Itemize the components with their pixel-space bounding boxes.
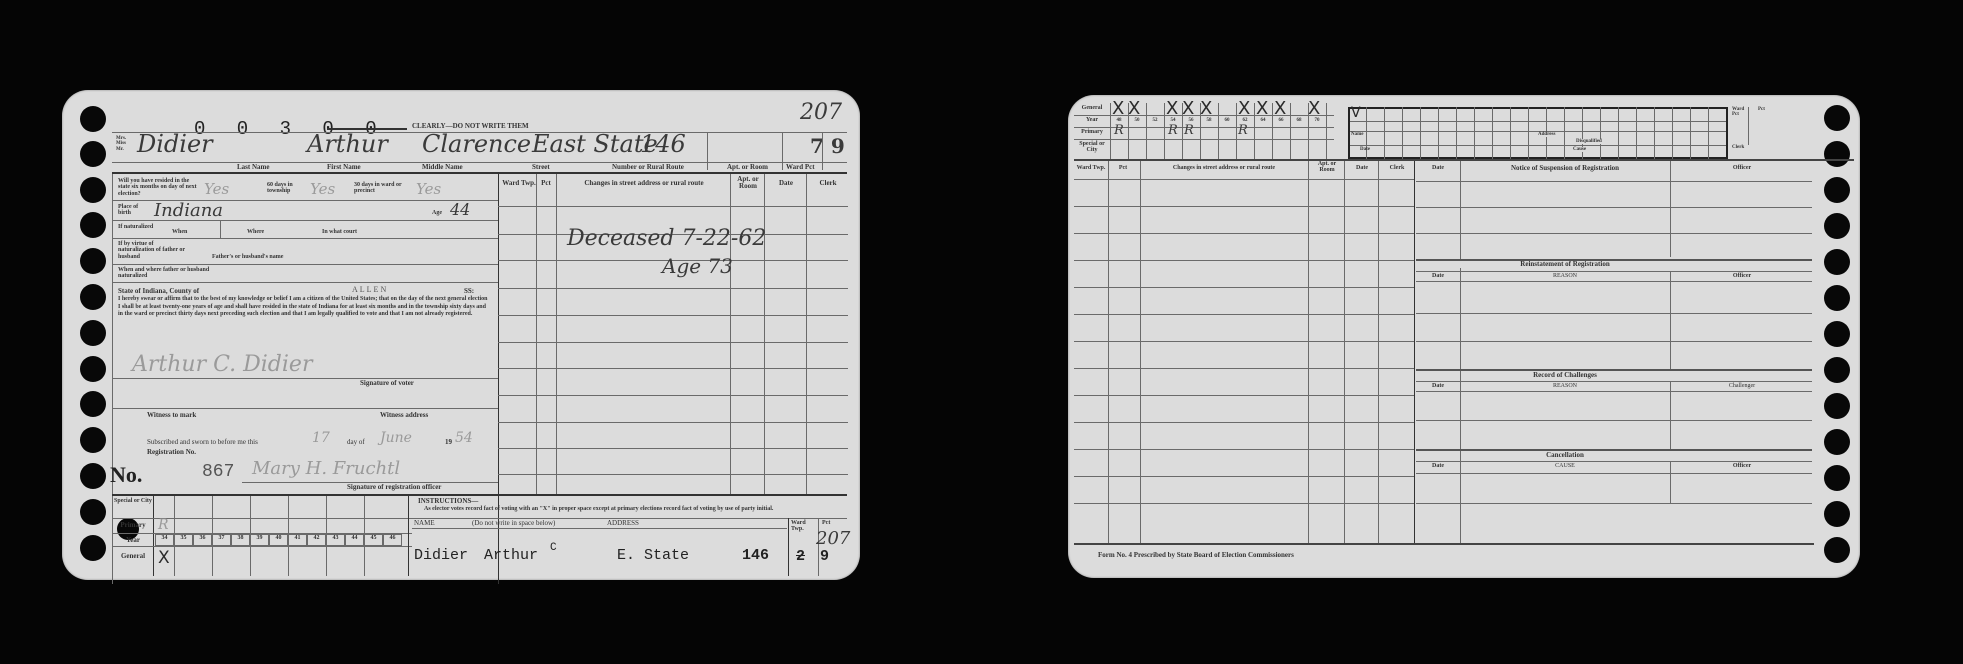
punch-hole — [80, 499, 106, 525]
row-label-primary: Primary — [114, 522, 152, 529]
boxed-general-mark: V — [1351, 105, 1361, 121]
officer-signature: Mary H. Fruchtl — [252, 458, 400, 479]
label-witness-mark: Witness to mark — [147, 412, 196, 419]
oath-ss: SS: — [464, 288, 474, 295]
year-cell: 46 — [383, 534, 402, 546]
a-township: Yes — [310, 180, 335, 198]
reinstatement-reason-label: REASON — [1460, 273, 1670, 279]
year-cell: 43 — [326, 534, 345, 546]
a-resided-state: Yes — [204, 180, 229, 198]
primary-mark-34: R — [158, 517, 169, 533]
a-ward: Yes — [416, 180, 441, 198]
label-place-of-birth: Place of birth — [118, 204, 148, 217]
back-row-general: General — [1074, 105, 1110, 111]
typed-pct: 9 — [820, 548, 829, 565]
punch-hole — [1824, 285, 1850, 311]
general-mark: X — [1256, 98, 1268, 119]
boxed-label-pct: Pct — [1758, 107, 1765, 112]
primary-mark: R — [1238, 123, 1248, 138]
label-pct-bottom: Pct — [822, 520, 830, 526]
typed-number: 146 — [742, 547, 769, 564]
back-row-year: Year — [1074, 117, 1110, 123]
street: East State — [532, 130, 658, 158]
instructions-title: INSTRUCTIONS— — [418, 498, 478, 505]
deceased-note: Deceased 7-22-62 — [567, 226, 766, 251]
label-ward-pct: Ward Pct — [786, 164, 815, 171]
row-label-year: Year — [114, 537, 152, 544]
label-registration-no: Registration No. — [147, 449, 196, 456]
year-cell: 39 — [250, 534, 269, 546]
registration-number: 867 — [202, 462, 234, 482]
label-if-naturalized: If naturalized — [118, 224, 158, 230]
label-last-name: Last Name — [237, 164, 269, 171]
general-mark: X — [1200, 98, 1212, 119]
punch-hole — [80, 106, 106, 132]
year-cell: 36 — [193, 534, 212, 546]
front-registration-card: 0 0 3 0 0 CLEARLY—DO NOT WRITE THEM 207 … — [62, 90, 860, 580]
label-when-where: When and where father or husband natural… — [118, 267, 218, 280]
punch-hole — [80, 535, 106, 561]
back-row-special: Special or City — [1074, 141, 1110, 154]
punch-hole — [80, 284, 106, 310]
cancellation-title: Cancellation — [1460, 452, 1670, 459]
general-mark: X — [1238, 98, 1250, 119]
primary-mark: R — [1184, 123, 1194, 138]
primary-mark: R — [1168, 123, 1178, 138]
general-mark: X — [1112, 98, 1124, 119]
punch-hole — [1824, 357, 1850, 383]
first-name: Arthur — [307, 130, 388, 158]
age-value: 44 — [450, 200, 470, 219]
general-mark: X — [1166, 98, 1178, 119]
punch-hole — [80, 248, 106, 274]
label-middle-name: Middle Name — [422, 164, 463, 171]
middle-name: Clarence — [422, 130, 531, 158]
punch-hole — [80, 320, 106, 346]
back-row-primary: Primary — [1074, 129, 1110, 135]
label-street: Street — [532, 164, 550, 171]
col-clerk: Clerk — [808, 180, 848, 187]
punch-hole — [1824, 177, 1850, 203]
back-year: 58 — [1200, 118, 1218, 123]
row-label-general: General — [114, 553, 152, 560]
cancellation-date-label: Date — [1418, 463, 1458, 469]
sworn-day: 17 — [312, 430, 330, 446]
sworn-year: 54 — [455, 430, 473, 446]
year-cell: 42 — [307, 534, 326, 546]
reinstatement-date-label: Date — [1418, 273, 1458, 279]
year-cell: 44 — [345, 534, 364, 546]
q-resided-state: Will you have resided in the state six m… — [118, 178, 200, 197]
boxed-label-ward: Ward Pct — [1732, 107, 1746, 118]
challenges-challenger-label: Challenger — [1672, 383, 1812, 389]
punch-hole — [1824, 213, 1850, 239]
label-officer-signature: Signature of registration officer — [347, 484, 441, 491]
label-name: NAME — [414, 520, 435, 527]
place-of-birth: Indiana — [154, 200, 223, 221]
back-year: 68 — [1290, 118, 1308, 123]
punch-hole — [80, 177, 106, 203]
back-col-pct: Pct — [1108, 165, 1138, 171]
punch-hole — [80, 141, 106, 167]
col-ward-twp: Ward Twp. — [502, 180, 536, 187]
label-number-route: Number or Rural Route — [612, 164, 684, 171]
punch-hole — [1824, 321, 1850, 347]
back-col-ward-twp: Ward Twp. — [1074, 165, 1108, 171]
label-when: When — [172, 229, 187, 235]
punch-hole — [80, 427, 106, 453]
back-col-apt-room: Apt. or Room — [1310, 161, 1344, 174]
label-do-not-write: (Do not write in space below) — [472, 520, 555, 527]
age-at-death-note: Age 73 — [662, 254, 733, 278]
label-witness-address: Witness address — [380, 412, 428, 419]
boxed-label-date: Date — [1360, 147, 1370, 152]
year-cell: 45 — [364, 534, 383, 546]
boxed-label-address: Address — [1538, 132, 1555, 137]
challenges-date-label: Date — [1418, 383, 1458, 389]
back-year: 60 — [1218, 118, 1236, 123]
year-cell: 37 — [212, 534, 231, 546]
col-changes: Changes in street address or rural route — [558, 180, 730, 187]
oath-county: ALLEN — [352, 286, 388, 295]
punch-hole — [1824, 537, 1850, 563]
label-voter-signature: Signature of voter — [360, 380, 414, 387]
q-ward: 30 days in ward or precinct — [354, 182, 414, 195]
col-date: Date — [766, 180, 806, 187]
suspension-title: Notice of Suspension of Registration — [1460, 165, 1670, 172]
label-where: Where — [247, 229, 264, 235]
form-footer: Form No. 4 Prescribed by State Board of … — [1098, 552, 1294, 559]
label-age: Age — [432, 210, 442, 216]
punch-hole — [1824, 465, 1850, 491]
year-cell: 34 — [155, 534, 174, 546]
label-ward-twp: Ward Twp. — [791, 520, 815, 533]
instructions-text: As elector votes record fact of voting w… — [424, 506, 834, 512]
handwritten-pct: 207 — [816, 528, 850, 549]
q-township: 60 days in township — [267, 182, 307, 195]
year-cell: 41 — [288, 534, 307, 546]
punch-hole — [1824, 105, 1850, 131]
boxed-label-disqualified: Disqualified — [1576, 139, 1602, 144]
primary-mark: R — [1114, 123, 1124, 138]
general-mark: X — [1128, 98, 1140, 119]
label-court: In what court — [322, 229, 357, 235]
typed-initial: C — [550, 542, 557, 554]
year-cell: 40 — [269, 534, 288, 546]
challenges-reason-label: REASON — [1460, 383, 1670, 389]
label-number: No. — [110, 462, 142, 488]
back-year: 66 — [1272, 118, 1290, 123]
oath-state-line: State of Indiana, County of — [118, 288, 199, 295]
boxed-label-name: Name — [1351, 132, 1364, 137]
punch-hole — [80, 391, 106, 417]
general-mark-34: X — [158, 548, 170, 568]
general-mark: X — [1308, 98, 1320, 119]
typed-first-name: Arthur — [484, 547, 538, 564]
suspension-officer-label: Officer — [1672, 165, 1812, 171]
punch-hole — [1824, 501, 1850, 527]
sworn-month: June — [380, 430, 412, 446]
punch-hole — [1824, 249, 1850, 275]
voter-signature: Arthur C. Didier — [132, 352, 312, 377]
boxed-label-clerk: Clerk — [1732, 145, 1744, 150]
back-registration-card: General Year Primary Special or City X X… — [1068, 95, 1860, 578]
typed-last-name: Didier — [414, 547, 468, 564]
label-address: ADDRESS — [607, 520, 639, 527]
punch-hole — [1824, 393, 1850, 419]
row-label-special: Special or City — [114, 498, 152, 504]
back-col-changes: Changes in street address or rural route — [1140, 165, 1308, 171]
reinstatement-title: Reinstatement of Registration — [1460, 261, 1670, 268]
general-mark: X — [1182, 98, 1194, 119]
label-father-name: Father's or husband's name — [212, 254, 283, 260]
col-apt-room: Apt. or Room — [732, 176, 764, 191]
oath-text: I hereby swear or affirm that to the bes… — [118, 296, 488, 319]
punch-hole — [1824, 429, 1850, 455]
back-col-date: Date — [1346, 165, 1378, 171]
punch-hole — [1824, 141, 1850, 167]
year-cell: 38 — [231, 534, 250, 546]
boxed-label-cause: Cause — [1573, 147, 1586, 152]
typed-street: E. State — [617, 547, 689, 564]
col-pct: Pct — [536, 180, 556, 187]
back-year: 50 — [1128, 118, 1146, 123]
back-year: 70 — [1308, 118, 1326, 123]
last-name: Didier — [137, 130, 213, 158]
house-number: 146 — [640, 130, 686, 158]
general-mark: X — [1274, 98, 1286, 119]
reinstatement-officer-label: Officer — [1672, 273, 1812, 279]
typed-ward: 2 — [796, 548, 805, 565]
punch-hole — [80, 463, 106, 489]
back-year: 52 — [1146, 118, 1164, 123]
punch-hole — [80, 356, 106, 382]
year-cell: 35 — [174, 534, 193, 546]
label-day-of: day of — [347, 439, 365, 446]
label-by-virtue: If by virtue of naturalization of father… — [118, 241, 188, 260]
top-right-number: 207 — [800, 100, 842, 125]
label-subscribed: Subscribed and sworn to before me this — [147, 439, 258, 446]
cancellation-cause-label: CAUSE — [1460, 463, 1670, 469]
challenges-title: Record of Challenges — [1460, 372, 1670, 379]
year-prefix: 19 — [445, 439, 452, 446]
ward-pct: 7 9 — [810, 134, 845, 158]
punch-hole — [80, 212, 106, 238]
label-first-name: First Name — [327, 164, 361, 171]
cancellation-officer-label: Officer — [1672, 463, 1812, 469]
back-col-clerk: Clerk — [1380, 165, 1414, 171]
label-apt-room: Apt. or Room — [727, 164, 768, 171]
back-year: 64 — [1254, 118, 1272, 123]
prefix-labels: Mrs. Miss Mr. — [116, 136, 128, 152]
suspension-date-label: Date — [1418, 165, 1458, 171]
